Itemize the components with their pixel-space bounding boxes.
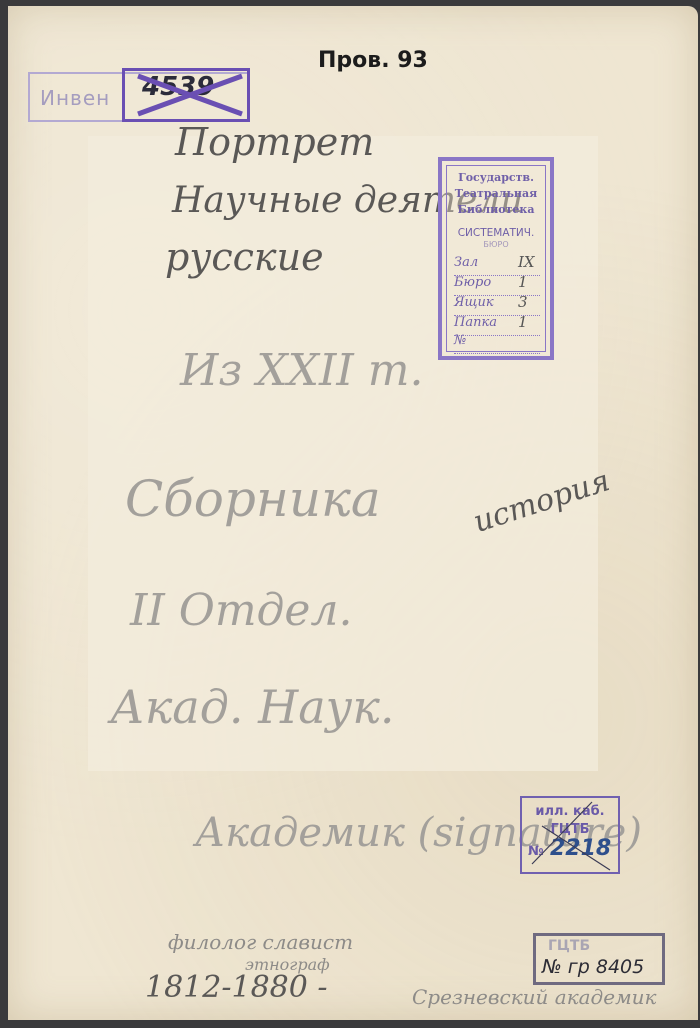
row-value: IX (518, 253, 535, 271)
provenance-mark: Пров. 93 (318, 48, 428, 73)
library-row-number: № (454, 333, 540, 354)
name-note: Срезневский академик (412, 985, 656, 1009)
library-stamp-line3: Библиотека (442, 203, 550, 216)
cross-out-line-icon (522, 798, 618, 872)
note-department: II Отдел. (130, 585, 352, 636)
title-line-1: Портрет (175, 120, 374, 164)
gctb-stamp: ГЦТБ № гр 8405 (533, 933, 665, 985)
library-stamp-line5: БЮРО (442, 240, 550, 249)
gctb-stamp-label: ГЦТБ (548, 938, 590, 954)
row-value: 1 (518, 273, 528, 291)
bottom-note-profession: филолог славист (168, 930, 353, 954)
gctb-stamp-number: № гр 8405 (542, 956, 644, 978)
row-label: Папка (454, 315, 497, 330)
row-label: Ящик (454, 295, 494, 310)
note-academy: Акад. Наук. (110, 680, 394, 734)
cross-out-mark-icon (130, 70, 250, 120)
row-value: 3 (518, 293, 528, 311)
note-collection: Сборника (125, 470, 381, 528)
library-stamp-line4: СИСТЕМАТИЧ. (442, 227, 550, 239)
inventory-stamp-label: Инвен (40, 86, 110, 110)
row-value: 1 (518, 313, 528, 331)
bottom-note-years: 1812-1880 - (145, 970, 328, 1005)
library-stamp-line2: Театральная (442, 187, 550, 200)
title-line-3: русские (165, 235, 324, 279)
row-label: Бюро (454, 275, 491, 290)
library-stamp: Государств. Театральная Библиотека СИСТЕ… (438, 157, 554, 360)
row-label: Зал (454, 255, 478, 270)
row-label: № (454, 333, 466, 348)
illustration-cabinet-stamp: илл. каб. ГЦТБ № 2218 (520, 796, 620, 874)
note-volume: Из XXII т. (180, 345, 423, 396)
library-stamp-line1: Государств. (442, 171, 550, 184)
